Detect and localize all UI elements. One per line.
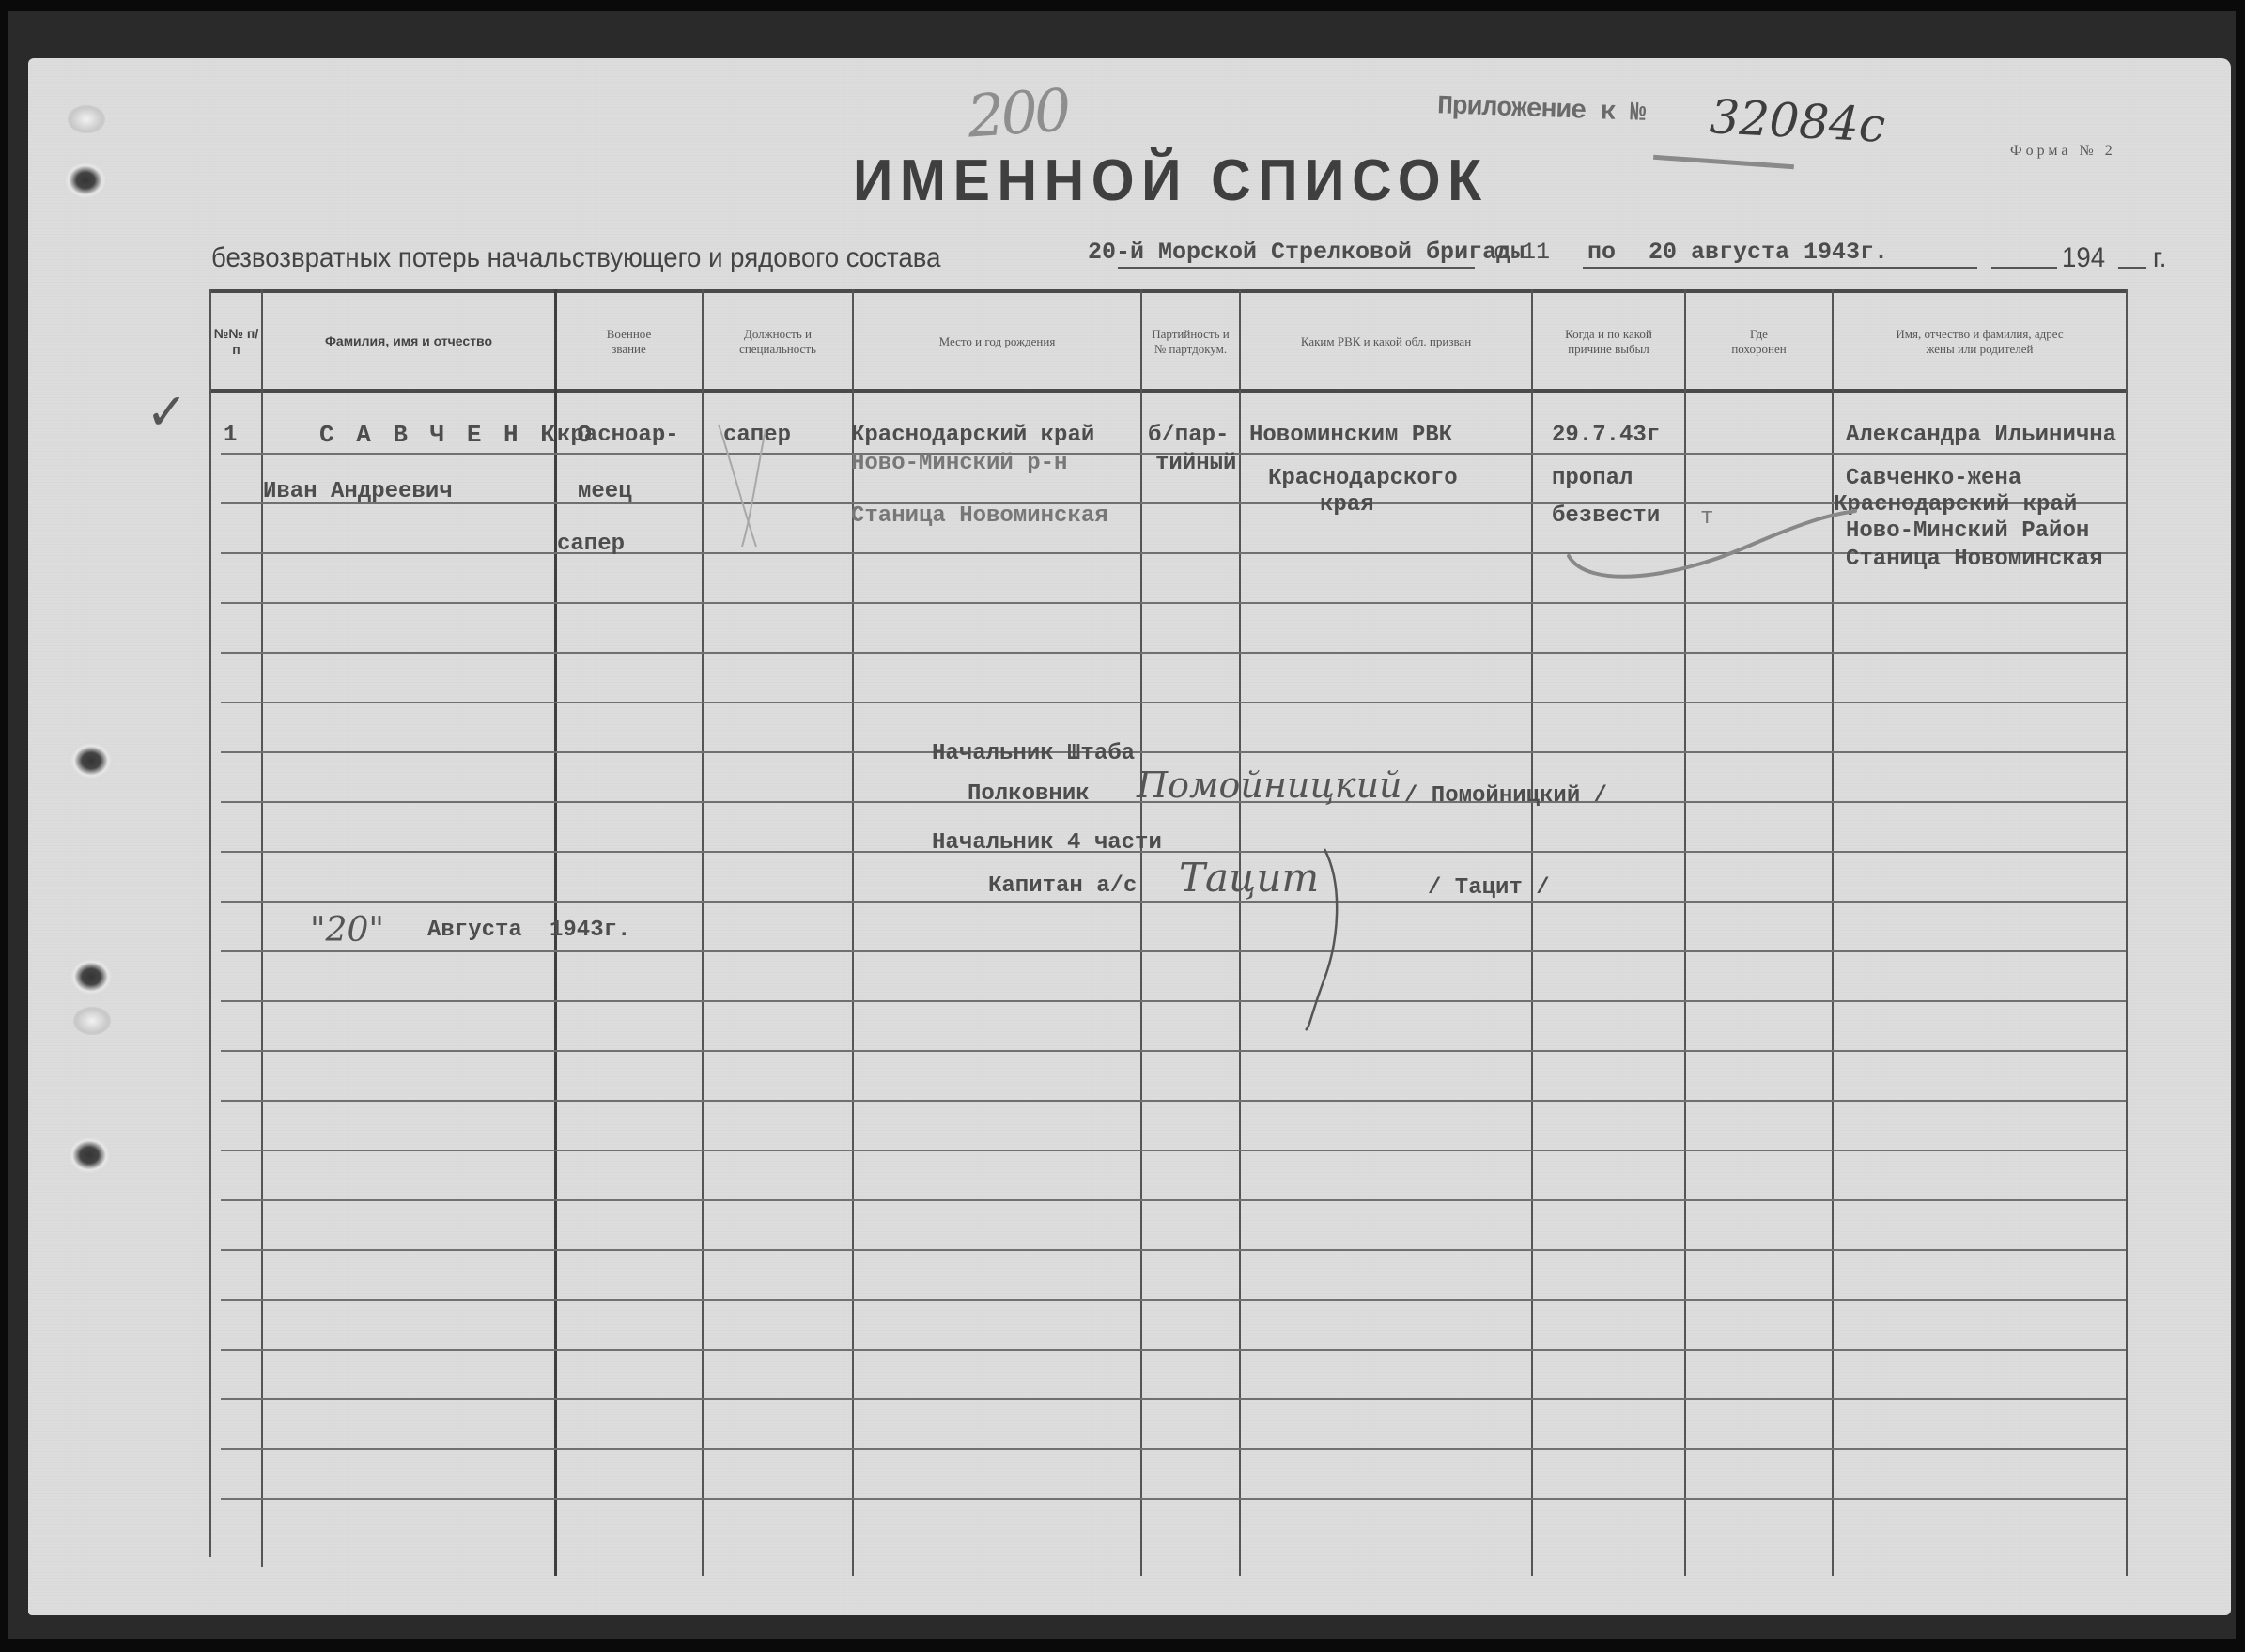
row-line [221, 702, 2126, 703]
rvk-line-2: Краснодарского [1268, 466, 1458, 491]
punch-hole [70, 742, 113, 780]
header-position: Должность и специальность [704, 295, 852, 389]
header-number: №№ п/п [211, 295, 261, 389]
subtitle-printed: безвозвратных потерь начальствующего и р… [211, 242, 940, 274]
row-line [221, 950, 2126, 952]
row-line [221, 1349, 2126, 1351]
relatives-line-1: Александра Ильинична [1846, 423, 2116, 448]
page-title: ИМЕННОЙ СПИСОК [853, 147, 1489, 214]
rvk-line-1: Новоминским РВК [1249, 423, 1452, 448]
header-birthplace: Место и год рождения [854, 295, 1140, 389]
subtitle-unit: 20-й Морской Стрелковой бригады [1088, 239, 1525, 266]
date-year: 1943г. [550, 918, 630, 943]
header-relatives: Имя, отчество и фамилия, адрес жены или … [1834, 295, 2126, 389]
document-page: 200 Приложение к № 32084с Форма № 2 ИМЕН… [28, 58, 2231, 1615]
surname: С А В Ч Е Н К О [319, 421, 596, 449]
section-chief-name: / Тацит / [1428, 875, 1550, 901]
row-line [221, 851, 2126, 853]
rank-line-1: красноар- [557, 423, 679, 448]
handwritten-number: 200 [966, 75, 1070, 150]
col-border [1140, 289, 1142, 1576]
form-number: Форма № 2 [2010, 143, 2116, 160]
scan-border-left [0, 0, 8, 1652]
col-border [209, 289, 211, 1557]
scan-border-top [0, 0, 2245, 11]
header-military-rank: Военное звание [556, 295, 702, 389]
blank-underline [1991, 267, 2057, 269]
subtitle-to-label: по [1587, 239, 1616, 266]
col-border [852, 289, 854, 1576]
row-line [221, 1299, 2126, 1301]
row-line [221, 652, 2126, 654]
given-names: Иван Андреевич [263, 479, 453, 504]
year-underline [2118, 267, 2146, 269]
punch-dent [68, 105, 105, 133]
birthplace-line-3: Станица Новоминская [851, 503, 1108, 529]
birthplace-line-1: Краснодарский край [851, 423, 1094, 448]
scan-border-bottom [0, 1639, 2245, 1652]
section-chief-rank: Капитан а/с [988, 873, 1137, 899]
row-line [221, 901, 2126, 903]
subtitle-to-date: 20 августа 1943г. [1649, 239, 1888, 266]
subtitle-from: с 11 [1494, 239, 1550, 266]
col-border [2126, 289, 2128, 1576]
row-line [221, 1000, 2126, 1002]
relatives-line-4: Ново-Минский Район [1846, 518, 2089, 544]
table-header-bottom-border [209, 389, 2126, 393]
header-rvk: Каким РВК и какой обл. призван [1241, 295, 1531, 389]
table-top-border [209, 289, 2126, 293]
row-line [221, 1150, 2126, 1151]
date-day: "20" [310, 911, 384, 950]
pencil-mark-icon [714, 420, 770, 551]
punch-hole [70, 958, 113, 996]
checkmark-icon: ✓ [146, 382, 188, 441]
subtitle-unit-underline [1118, 267, 1475, 269]
punch-hole [68, 1136, 111, 1174]
rank-line-2: меец [578, 479, 632, 504]
row-number: 1 [224, 423, 237, 448]
row-line [221, 1249, 2126, 1251]
col-border [702, 289, 704, 1576]
appendix-stamp-label: Приложение к № [1437, 92, 1646, 129]
header-party: Партийность и № партдокум. [1142, 295, 1239, 389]
subtitle-date-underline [1583, 267, 1977, 269]
row-line [221, 1050, 2126, 1052]
col-border [1239, 289, 1241, 1576]
scan-border-right [2236, 0, 2245, 1652]
party-line-1: б/пар- [1148, 423, 1229, 448]
pencil-mark-icon [1559, 500, 1860, 603]
appendix-stamp-number: 32084с [1709, 89, 1887, 153]
col-border [1684, 289, 1686, 1576]
punch-hole [64, 162, 107, 199]
departure-reason-1: пропал [1552, 466, 1633, 491]
col-border [1832, 289, 1834, 1576]
date-month: Августа [427, 918, 522, 943]
punch-dent [73, 1007, 111, 1035]
relatives-line-2: Савченко-жена [1846, 466, 2021, 491]
header-departure: Когда и по какой причине выбыл [1533, 295, 1684, 389]
col-border [1531, 289, 1533, 1576]
row-line [221, 1398, 2126, 1400]
relatives-line-5: Станица Новоминская [1846, 547, 2103, 572]
chief-of-staff-title: Начальник Штаба [932, 741, 1135, 766]
header-burial: Где похоронен [1686, 295, 1832, 389]
rvk-line-3: края [1320, 492, 1374, 517]
row-line [221, 1498, 2126, 1500]
relatives-line-3: Краснодарский край [1834, 492, 2077, 517]
chief-of-staff-name: / Помойницкий / [1404, 783, 1607, 809]
row-line [221, 1199, 2126, 1201]
rank-line-3: сапер [557, 532, 625, 557]
row-line [221, 1448, 2126, 1450]
chief-of-staff-rank: Полковник [968, 781, 1090, 807]
departure-date: 29.7.43г [1552, 423, 1660, 448]
subtitle-year-suffix: г. [2153, 242, 2166, 274]
row-line [221, 1100, 2126, 1102]
section-chief-title: Начальник 4 части [932, 830, 1162, 856]
subtitle-year: 194 [2062, 242, 2105, 274]
stamp-underline [1653, 155, 1794, 169]
header-full-name: Фамилия, имя и отчество [263, 295, 554, 389]
row-line [221, 751, 2126, 753]
chief-of-staff-signature: Помойницкий [1137, 764, 1402, 806]
signature-flourish-icon [1296, 847, 1353, 1035]
party-line-2: тийный [1155, 451, 1236, 476]
birthplace-line-2: Ново-Минский р-н [851, 451, 1067, 476]
